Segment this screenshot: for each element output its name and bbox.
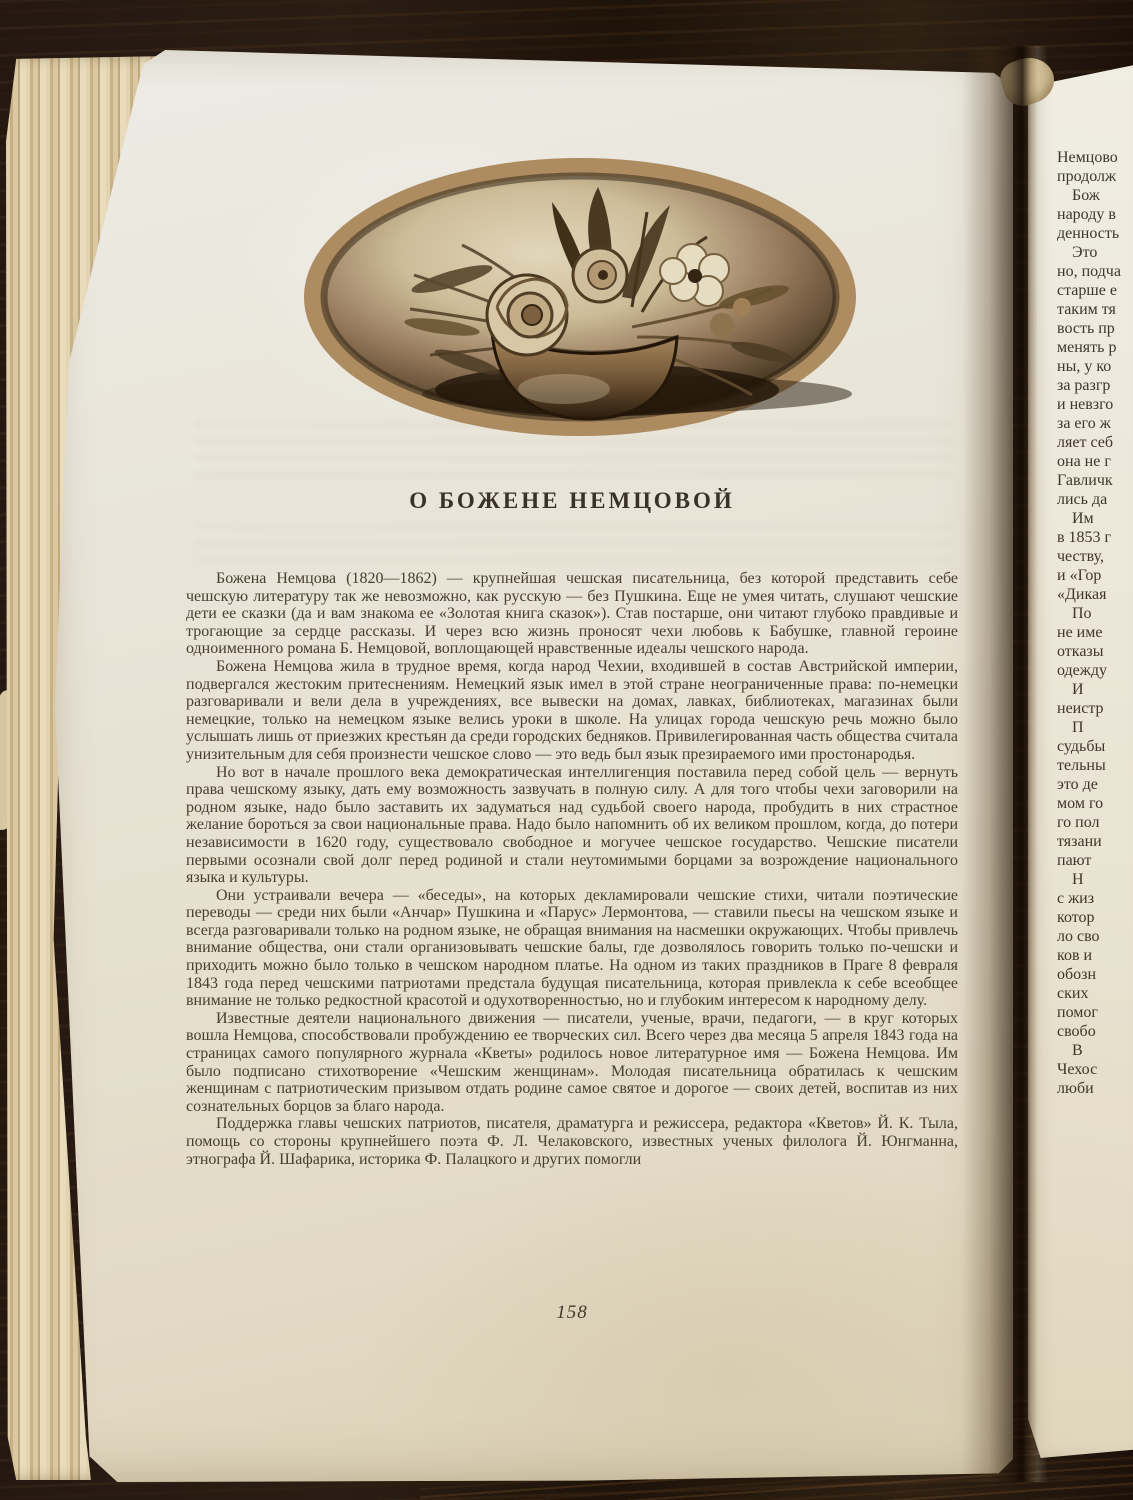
right-page-line-fragment: Немцово xyxy=(1057,148,1133,167)
right-page-line-fragment: продолж xyxy=(1057,167,1133,186)
right-page-line-fragment: лись да xyxy=(1057,490,1133,509)
right-page-line-fragment: ляет себ xyxy=(1057,433,1133,452)
right-page-line-fragment: Н xyxy=(1057,870,1133,889)
right-page-line-fragment: Это xyxy=(1057,243,1133,262)
right-page-line-fragment: не име xyxy=(1057,623,1133,642)
right-page-line-fragment: тельны xyxy=(1057,756,1133,775)
right-page-line-fragment: но, подча xyxy=(1057,262,1133,281)
body-text: Божена Немцова (1820—1862) — крупнейшая … xyxy=(186,570,958,1168)
right-page-line-fragment: пают xyxy=(1057,851,1133,870)
right-page-line-fragment: ских xyxy=(1057,984,1133,1003)
reverse-side-showthrough xyxy=(195,524,955,562)
floral-vignette-illustration xyxy=(302,156,858,438)
right-page-line-fragment: ков и xyxy=(1057,946,1133,965)
right-page-line-fragment: помог xyxy=(1057,1003,1133,1022)
right-page-line-fragment: И xyxy=(1057,680,1133,699)
right-page-line-fragment: люби xyxy=(1057,1079,1133,1098)
right-page-line-fragment: за его ж xyxy=(1057,414,1133,433)
right-page-line-fragment: таким тя xyxy=(1057,300,1133,319)
right-page-line-fragment: Чехос xyxy=(1057,1060,1133,1079)
right-page-line-fragment: и невзго xyxy=(1057,395,1133,414)
right-page-line-fragment: П xyxy=(1057,718,1133,737)
right-page-line-fragment: одежду xyxy=(1057,661,1133,680)
paragraph: Божена Немцова жила в трудное время, ког… xyxy=(186,658,958,764)
right-page-line-fragment: народу в xyxy=(1057,205,1133,224)
right-page-line-fragment: неистр xyxy=(1057,699,1133,718)
right-page-line-fragment: честву, xyxy=(1057,547,1133,566)
right-page-line-fragment: судьбы xyxy=(1057,737,1133,756)
page-number: 158 xyxy=(186,1302,958,1324)
right-page-line-fragment: «Дикая xyxy=(1057,585,1133,604)
right-page-line-fragment: ны, у ко xyxy=(1057,357,1133,376)
right-page-line-fragment: ло сво xyxy=(1057,927,1133,946)
photo-of-open-book: О БОЖЕНЕ НЕМЦОВОЙ Божена Немцова (1820—1… xyxy=(0,0,1133,1500)
paragraph: Поддержка главы чешских патриотов, писат… xyxy=(186,1115,958,1168)
right-page-line-fragment: Им xyxy=(1057,509,1133,528)
right-page: НемцовопродолжБожнароду вденностьЭтоно, … xyxy=(1028,58,1133,1458)
right-page-line-fragment: денность xyxy=(1057,224,1133,243)
oval-floral-vignette-drawing xyxy=(302,156,858,438)
chapter-title: О БОЖЕНЕ НЕМЦОВОЙ xyxy=(186,488,958,514)
right-page-line-fragment: мом го xyxy=(1057,794,1133,813)
right-page-line-fragment: отказы xyxy=(1057,642,1133,661)
paragraph: Но вот в начале прошлого века демократич… xyxy=(186,764,958,887)
right-page-line-fragment: тязани xyxy=(1057,832,1133,851)
right-page-line-fragment: и «Гор xyxy=(1057,566,1133,585)
right-page-line-fragment: По xyxy=(1057,604,1133,623)
right-page-line-fragment: котор xyxy=(1057,908,1133,927)
right-page-line-fragment: В xyxy=(1057,1041,1133,1060)
right-page-line-fragment: Гавличк xyxy=(1057,471,1133,490)
right-page-line-fragment: она не г xyxy=(1057,452,1133,471)
right-page-line-fragment: менять р xyxy=(1057,338,1133,357)
right-page-line-fragment: обозн xyxy=(1057,965,1133,984)
paragraph: Они устраивали вечера — «беседы», на кот… xyxy=(186,887,958,1010)
right-page-line-fragment: старше е xyxy=(1057,281,1133,300)
paragraph: Известные деятели национального движения… xyxy=(186,1010,958,1116)
right-page-line-fragment: го пол xyxy=(1057,813,1133,832)
right-page-line-fragment: в 1853 г xyxy=(1057,528,1133,547)
right-page-line-fragment: с жиз xyxy=(1057,889,1133,908)
right-page-line-fragment: Бож xyxy=(1057,186,1133,205)
right-page-line-fragment: за разгр xyxy=(1057,376,1133,395)
right-page-line-fragment: свобо xyxy=(1057,1022,1133,1041)
right-page-line-fragment: это де xyxy=(1057,775,1133,794)
left-page: О БОЖЕНЕ НЕМЦОВОЙ Божена Немцова (1820—1… xyxy=(55,50,1013,1482)
paragraph: Божена Немцова (1820—1862) — крупнейшая … xyxy=(186,570,958,658)
right-page-text-column: НемцовопродолжБожнароду вденностьЭтоно, … xyxy=(1057,148,1133,1098)
right-page-line-fragment: вость пр xyxy=(1057,319,1133,338)
